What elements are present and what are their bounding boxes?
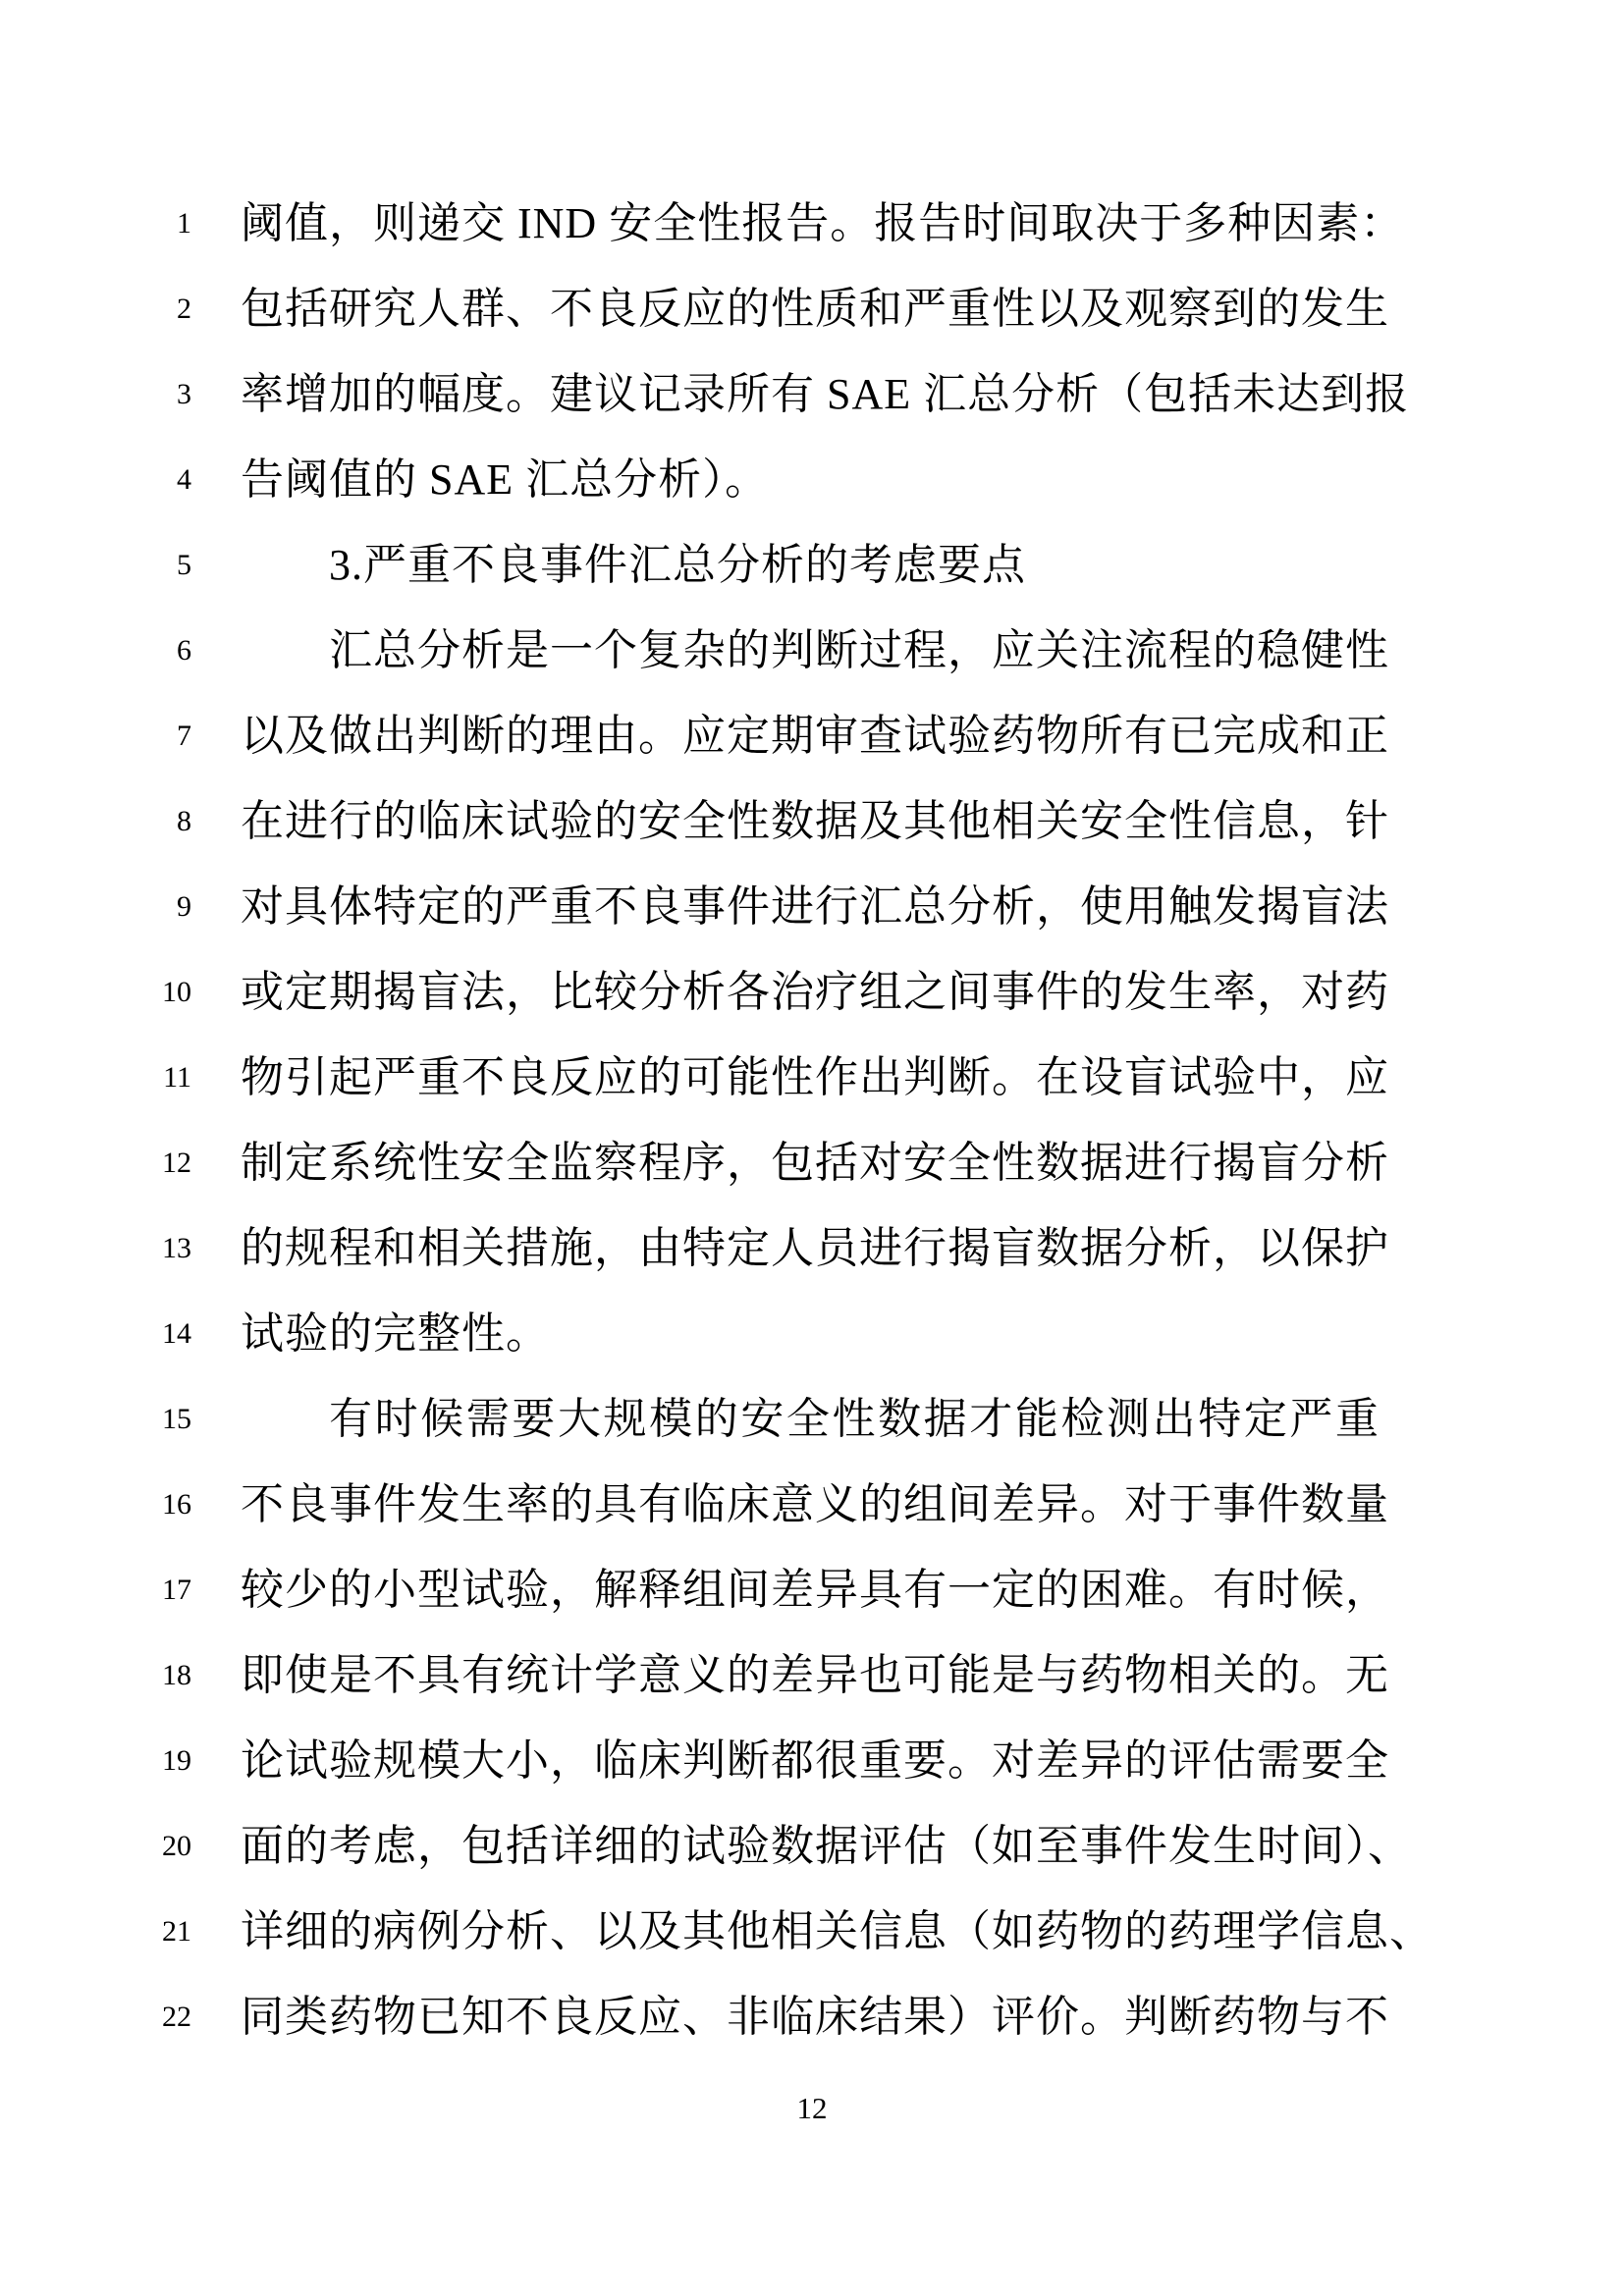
line-number: 14 — [0, 1291, 191, 1376]
line-text: 同类药物已知不良反应、非临床结果）评价。判断药物与不 — [241, 1974, 1380, 2059]
line-text: 试验的完整性。 — [241, 1291, 1380, 1376]
document-line: 17 较少的小型试验，解释组间差异具有一定的困难。有时候， — [0, 1547, 1624, 1632]
line-number: 10 — [0, 949, 191, 1035]
line-text: 物引起严重不良反应的可能性作出判断。在设盲试验中，应 — [241, 1035, 1380, 1120]
line-text: 率增加的幅度。建议记录所有 SAE 汇总分析（包括未达到报 — [241, 351, 1380, 437]
line-number: 1 — [0, 181, 191, 266]
line-text: 告阈值的 SAE 汇总分析）。 — [241, 437, 1380, 522]
document-line: 7 以及做出判断的理由。应定期审查试验药物所有已完成和正 — [0, 693, 1624, 778]
line-text: 在进行的临床试验的安全性数据及其他相关安全性信息，针 — [241, 778, 1380, 864]
document-line: 4 告阈值的 SAE 汇总分析）。 — [0, 437, 1624, 522]
document-line: 1 阈值，则递交 IND 安全性报告。报告时间取决于多种因素： — [0, 181, 1624, 266]
line-text: 制定系统性安全监察程序，包括对安全性数据进行揭盲分析 — [241, 1120, 1380, 1205]
line-text: 以及做出判断的理由。应定期审查试验药物所有已完成和正 — [241, 693, 1380, 778]
line-text: 包括研究人群、不良反应的性质和严重性以及观察到的发生 — [241, 266, 1380, 351]
page-number: 12 — [0, 2089, 1624, 2128]
document-line: 22 同类药物已知不良反应、非临床结果）评价。判断药物与不 — [0, 1974, 1624, 2059]
line-text: 有时候需要大规模的安全性数据才能检测出特定严重 — [241, 1376, 1380, 1462]
line-number: 17 — [0, 1547, 191, 1632]
line-text: 详细的病例分析、以及其他相关信息（如药物的药理学信息、 — [241, 1889, 1380, 1974]
document-line: 14 试验的完整性。 — [0, 1291, 1624, 1376]
document-line: 9 对具体特定的严重不良事件进行汇总分析，使用触发揭盲法 — [0, 864, 1624, 949]
line-text: 对具体特定的严重不良事件进行汇总分析，使用触发揭盲法 — [241, 864, 1380, 949]
line-number: 7 — [0, 693, 191, 778]
line-number: 13 — [0, 1205, 191, 1291]
document-line: 8 在进行的临床试验的安全性数据及其他相关安全性信息，针 — [0, 778, 1624, 864]
line-number: 22 — [0, 1974, 191, 2059]
line-number: 20 — [0, 1803, 191, 1889]
document-line: 11 物引起严重不良反应的可能性作出判断。在设盲试验中，应 — [0, 1035, 1624, 1120]
document-line: 13 的规程和相关措施，由特定人员进行揭盲数据分析，以保护 — [0, 1205, 1624, 1291]
document-page: 1 阈值，则递交 IND 安全性报告。报告时间取决于多种因素： 2 包括研究人群… — [0, 0, 1624, 2296]
line-text: 较少的小型试验，解释组间差异具有一定的困难。有时候， — [241, 1547, 1380, 1632]
line-number: 11 — [0, 1035, 191, 1120]
line-number: 18 — [0, 1632, 191, 1718]
document-line: 3 率增加的幅度。建议记录所有 SAE 汇总分析（包括未达到报 — [0, 351, 1624, 437]
document-line: 6 汇总分析是一个复杂的判断过程，应关注流程的稳健性 — [0, 608, 1624, 693]
line-number: 19 — [0, 1718, 191, 1803]
line-text: 阈值，则递交 IND 安全性报告。报告时间取决于多种因素： — [241, 181, 1380, 266]
line-text: 论试验规模大小，临床判断都很重要。对差异的评估需要全 — [241, 1718, 1380, 1803]
line-number: 5 — [0, 522, 191, 608]
document-body: 1 阈值，则递交 IND 安全性报告。报告时间取决于多种因素： 2 包括研究人群… — [0, 181, 1624, 2059]
line-number: 3 — [0, 351, 191, 437]
document-line: 12 制定系统性安全监察程序，包括对安全性数据进行揭盲分析 — [0, 1120, 1624, 1205]
document-line: 19 论试验规模大小，临床判断都很重要。对差异的评估需要全 — [0, 1718, 1624, 1803]
document-line: 20 面的考虑，包括详细的试验数据评估（如至事件发生时间）、 — [0, 1803, 1624, 1889]
document-line: 15 有时候需要大规模的安全性数据才能检测出特定严重 — [0, 1376, 1624, 1462]
section-heading-text: 3.严重不良事件汇总分析的考虑要点 — [241, 522, 1380, 608]
line-number: 2 — [0, 266, 191, 351]
line-number: 6 — [0, 608, 191, 693]
line-text: 的规程和相关措施，由特定人员进行揭盲数据分析，以保护 — [241, 1205, 1380, 1291]
document-line: 16 不良事件发生率的具有临床意义的组间差异。对于事件数量 — [0, 1462, 1624, 1547]
line-text: 不良事件发生率的具有临床意义的组间差异。对于事件数量 — [241, 1462, 1380, 1547]
line-number: 12 — [0, 1120, 191, 1205]
line-text: 或定期揭盲法，比较分析各治疗组之间事件的发生率，对药 — [241, 949, 1380, 1035]
line-number: 9 — [0, 864, 191, 949]
document-line: 21 详细的病例分析、以及其他相关信息（如药物的药理学信息、 — [0, 1889, 1624, 1974]
line-number: 4 — [0, 437, 191, 522]
line-number: 16 — [0, 1462, 191, 1547]
line-text: 即使是不具有统计学意义的差异也可能是与药物相关的。无 — [241, 1632, 1380, 1718]
document-line: 10 或定期揭盲法，比较分析各治疗组之间事件的发生率，对药 — [0, 949, 1624, 1035]
document-line: 18 即使是不具有统计学意义的差异也可能是与药物相关的。无 — [0, 1632, 1624, 1718]
line-number: 15 — [0, 1376, 191, 1462]
line-number: 8 — [0, 778, 191, 864]
line-text: 面的考虑，包括详细的试验数据评估（如至事件发生时间）、 — [241, 1803, 1380, 1889]
document-line: 2 包括研究人群、不良反应的性质和严重性以及观察到的发生 — [0, 266, 1624, 351]
line-number: 21 — [0, 1889, 191, 1974]
line-text: 汇总分析是一个复杂的判断过程，应关注流程的稳健性 — [241, 608, 1380, 693]
section-heading-line: 5 3.严重不良事件汇总分析的考虑要点 — [0, 522, 1624, 608]
